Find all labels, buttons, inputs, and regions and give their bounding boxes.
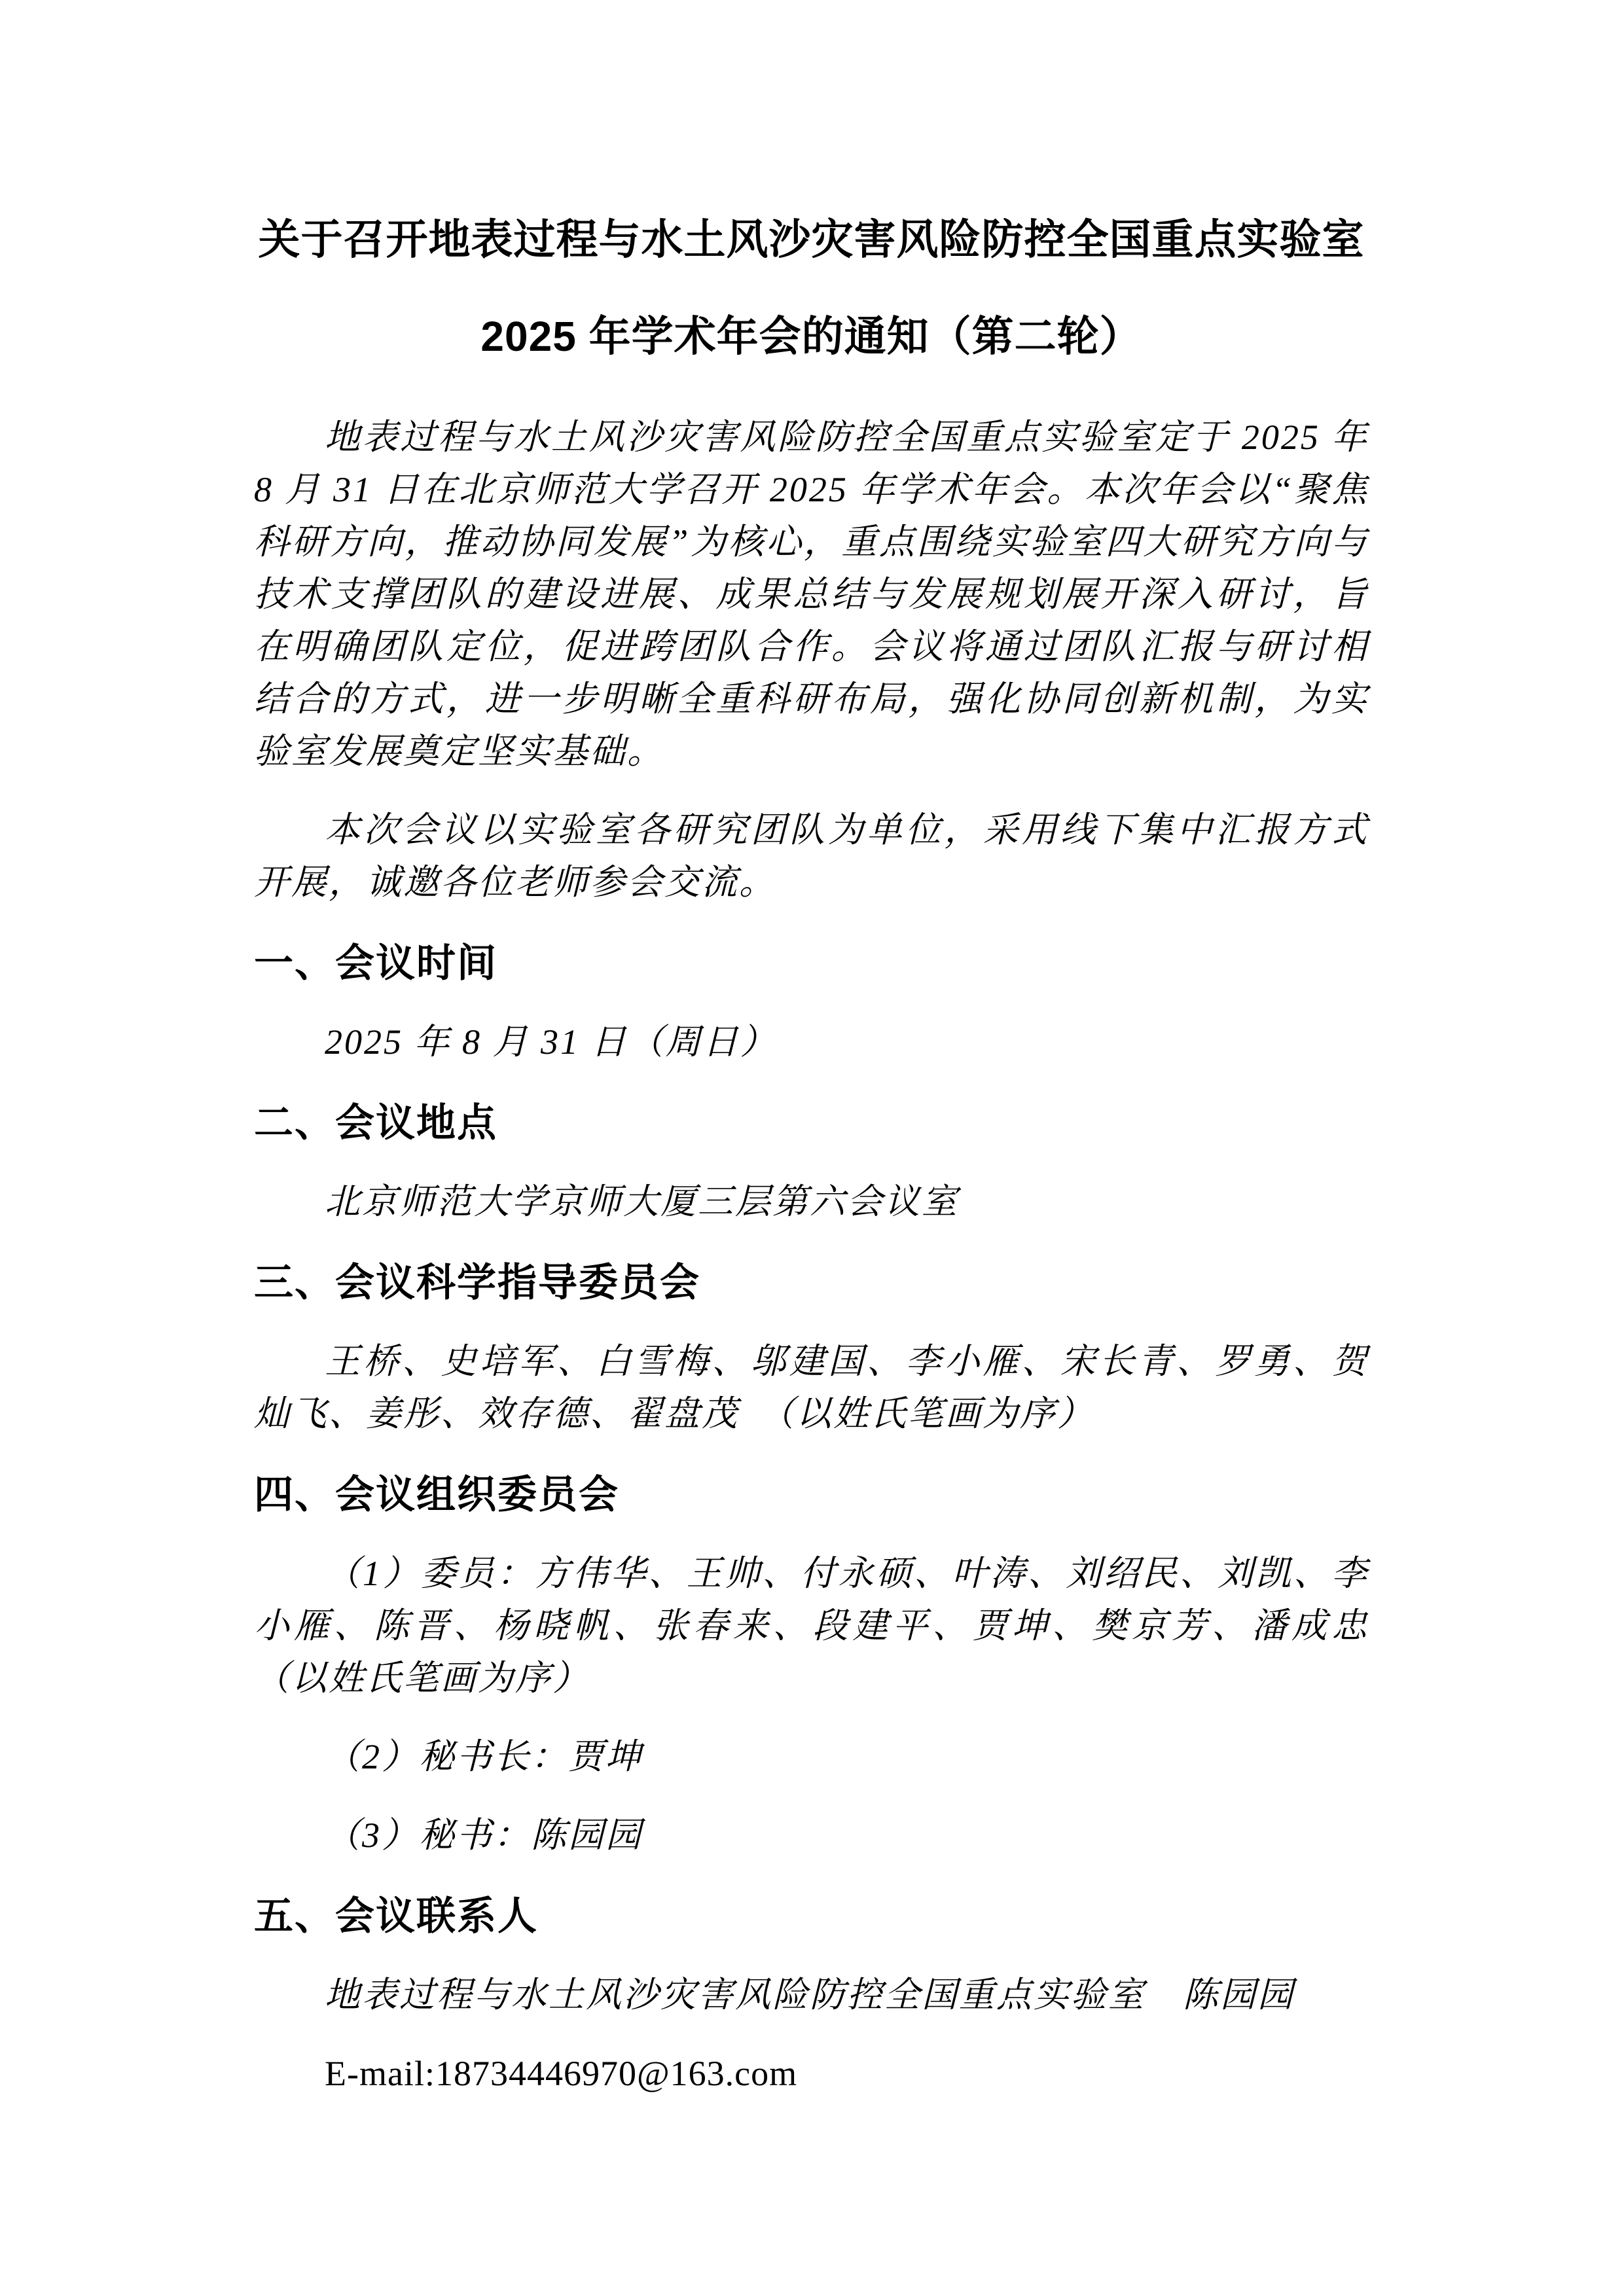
- section-heading-science-committee: 三、会议科学指导委员会: [254, 1257, 1369, 1309]
- title-line-1: 关于召开地表过程与水土风沙灾害风险防控全国重点实验室: [254, 191, 1369, 288]
- meeting-location-text: 北京师范大学京师大厦三层第六会议室: [254, 1175, 1369, 1228]
- intro-paragraph-1: 地表过程与水土风沙灾害风险防控全国重点实验室定于 2025 年 8 月 31 日…: [254, 411, 1369, 778]
- contact-email-address: E-mail:18734446970@163.com: [254, 2047, 1369, 2100]
- intro-paragraph-2: 本次会议以实验室各研究团队为单位，采用线下集中汇报方式开展，诚邀各位老师参会交流…: [254, 804, 1369, 908]
- organizing-committee-secretary-general: （2）秘书长：贾坤: [254, 1731, 1369, 1783]
- organizing-committee-members: （1）委员：方伟华、王帅、付永硕、叶涛、刘绍民、刘凯、李小雁、陈晋、杨晓帆、张春…: [254, 1547, 1369, 1704]
- document-title: 关于召开地表过程与水土风沙灾害风险防控全国重点实验室 2025 年学术年会的通知…: [254, 191, 1369, 385]
- meeting-time-text: 2025 年 8 月 31 日（周日）: [254, 1016, 1369, 1068]
- section-heading-meeting-location: 二、会议地点: [254, 1097, 1369, 1149]
- section-heading-organizing-committee: 四、会议组织委员会: [254, 1469, 1369, 1521]
- title-line-2: 2025 年学术年会的通知（第二轮）: [254, 288, 1369, 385]
- science-committee-names: 王桥、史培军、白雪梅、邬建国、李小雁、宋长青、罗勇、贺灿飞、姜彤、效存德、翟盘茂…: [254, 1335, 1369, 1440]
- contact-person-text: 地表过程与水土风沙灾害风险防控全国重点实验室 陈园园: [254, 1969, 1369, 2021]
- document-page: 关于召开地表过程与水土风沙灾害风险防控全国重点实验室 2025 年学术年会的通知…: [0, 0, 1624, 2296]
- section-heading-contact: 五、会议联系人: [254, 1890, 1369, 1943]
- organizing-committee-secretary: （3）秘书：陈园园: [254, 1809, 1369, 1861]
- section-heading-meeting-time: 一、会议时间: [254, 937, 1369, 990]
